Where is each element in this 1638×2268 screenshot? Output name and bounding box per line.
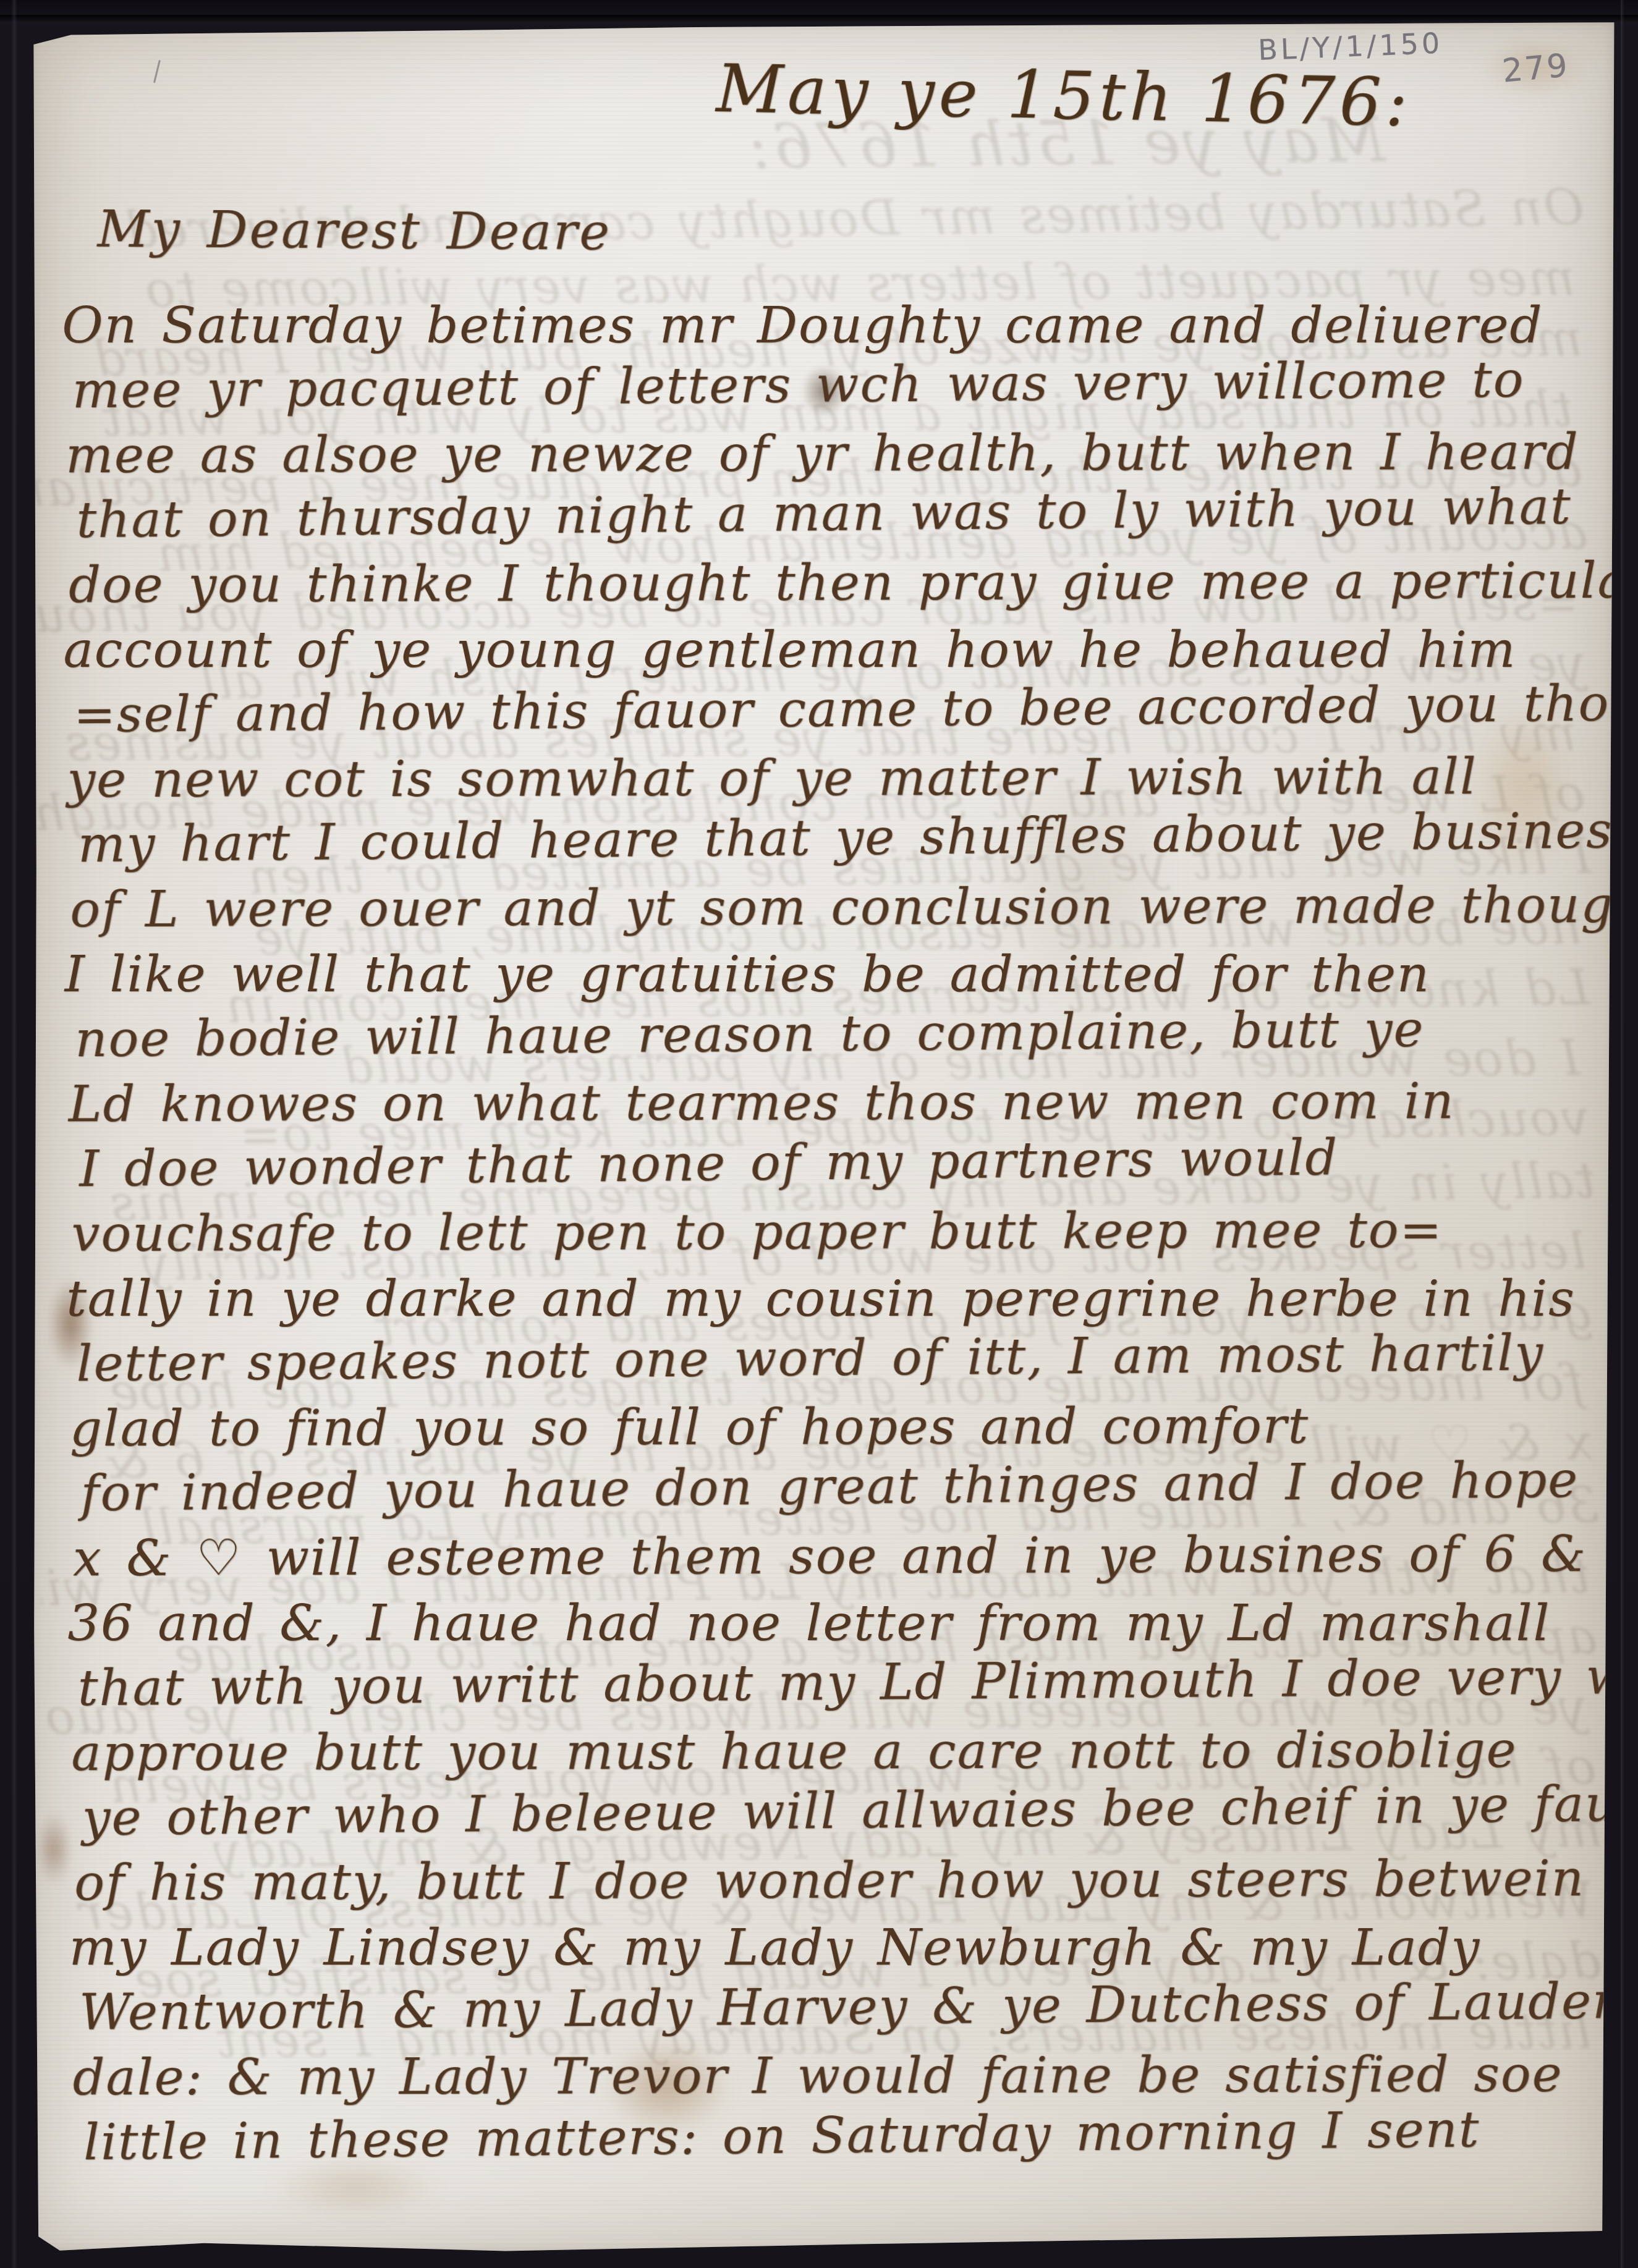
mount-edge-shadow-right [1621,0,1624,2268]
salutation: My Dearest Deare [97,196,611,267]
manuscript-line: =self and how this fauor came to bee acc… [74,672,1586,748]
manuscript-line: that wth you writt about my Ld Plimmouth… [77,1645,1590,1721]
manuscript-line: that on thursday night a man was to ly w… [76,475,1585,554]
manuscript-line: vouchsafe to lett pen to paper butt keep… [72,1198,1588,1267]
scanned-letter-photo: { "page": { "background_color": "#16131a… [0,0,1638,2268]
manuscript-line: I doe wonder that none of my partners wo… [79,1123,1588,1203]
manuscript-line: my hart I could heare that ye shuffles a… [77,799,1586,878]
manuscript-line: letter speakes nott one word of itt, I a… [76,1321,1589,1397]
manuscript-line: Wentworth & my Lady Harvey & ye Dutchess… [79,1970,1592,2046]
manuscript-line: of his maty, butt I doe wonder how you s… [74,1847,1590,1916]
letter-body: On Saturday betimes mr Doughty came and … [62,287,1592,2176]
mount-seam [0,15,1638,23]
pencil-mark [153,60,161,83]
dateline: May ye 15th 1676: [715,43,1412,150]
paper-content: May ye 15th 1676: On Saturday betimes mr… [25,17,1621,2256]
manuscript-line: of L were ouer and yt som conclusion wer… [70,873,1586,942]
manuscript-line: little in these matters: on Saturday mor… [83,2097,1592,2176]
letter-paper: May ye 15th 1676: On Saturday betimes mr… [30,21,1616,2253]
paper-stain [35,1811,73,1885]
mount-edge-shadow-left [11,0,17,2268]
folio-number: 279 [1501,47,1571,90]
manuscript-line: doe you thinke I thought then pray giue … [69,549,1585,618]
manuscript-line: mee yr pacquett of letters wch was very … [72,347,1584,423]
manuscript-line: for indeed you haue don great thinges an… [80,1448,1589,1527]
manuscript-line: noe bodie will haue reason to complaine,… [75,996,1587,1072]
manuscript-line: x & ♡ will esteeme them soe and in ye bu… [73,1522,1589,1591]
manuscript-line: ye other who I beleeue will allwaies bee… [82,1772,1590,1851]
